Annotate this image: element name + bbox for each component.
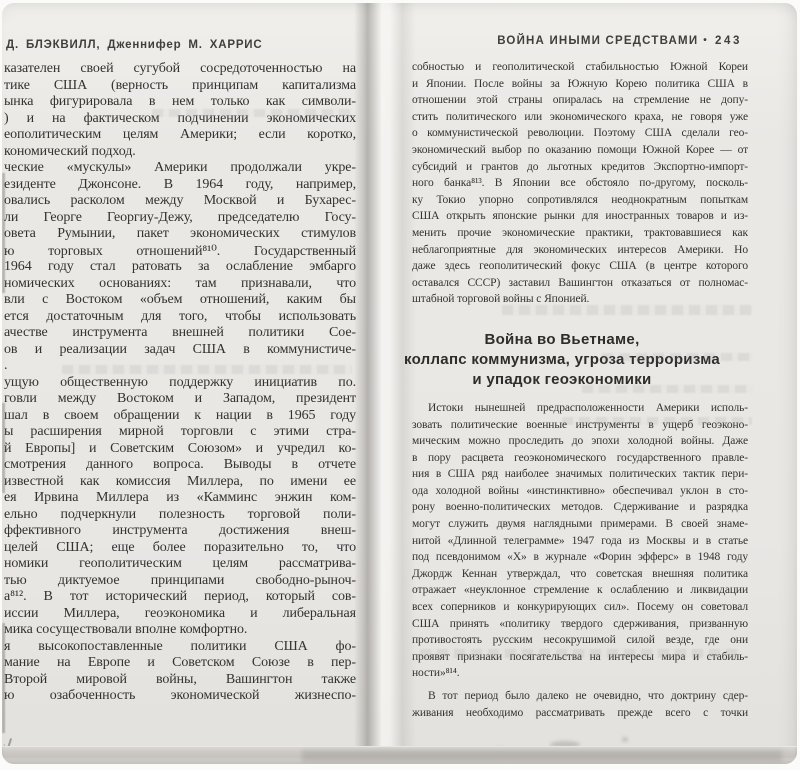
page-stack-fore-edge: [2, 746, 797, 764]
fore-edge-shading: [302, 750, 782, 762]
bleed-through-artifact: [582, 385, 752, 393]
text-line: шал в своем обращении к нации в 1965 год…: [4, 408, 356, 425]
text-line: езиденте Джонсоне. В 1964 году, например…: [4, 177, 356, 194]
text-line: кономический подход.: [4, 144, 356, 161]
text-line: номических основаниях: там признавали, ч…: [4, 276, 356, 293]
text-line: тике США (верность принципам капитализма: [4, 78, 356, 95]
photo-edge-sliver: [2, 173, 5, 293]
bullet-separator: •: [703, 35, 708, 46]
text-line: неблагоприятные для экономических интере…: [412, 244, 748, 261]
text-line: известной как комиссия Миллера, по имени…: [4, 474, 356, 491]
text-line: номики геополитическим целям рассматрива…: [4, 556, 356, 573]
text-line: США открыть японские рынки для иностранн…: [412, 210, 748, 227]
text-line: ельно подчеркнули полезность торговой по…: [4, 507, 356, 524]
section-heading-line: Война во Вьетнаме,: [372, 330, 752, 350]
text-line: субсидий и грантов до льготных кредитов …: [412, 161, 748, 178]
text-line: ю торговых отношений⁸¹⁰. Государственный: [4, 243, 356, 260]
text-line: ея Ирвина Миллера из «Камминс энжин ком-: [4, 490, 356, 507]
page-number: 243: [715, 35, 742, 47]
text-line: тью диктуемое принципами свободно-рыноч-: [4, 573, 356, 590]
text-line: овались расколом между Москвой и Бухарес…: [4, 193, 356, 210]
text-line: а⁸¹². В тот исторический период, который…: [4, 589, 356, 606]
photo-edge-sliver: [2, 403, 5, 493]
text-line: ного банка⁸¹³. В Японии все обстояло по-…: [412, 177, 748, 194]
right-page-paragraph-1: собностью и геополитической стабильность…: [412, 61, 748, 310]
text-line: стить политического или экономического к…: [412, 111, 748, 128]
right-running-head: ВОЙНА ИНЫМИ СРЕДСТВАМИ•243: [412, 35, 742, 47]
text-line: ности»⁸¹⁴.: [412, 667, 748, 684]
text-line: овета Румынии, пакет экономических стиму…: [4, 226, 356, 243]
text-line: рону военно-политических методов. Сдержи…: [412, 501, 748, 518]
text-line: могут служить двумя наглядными примерами…: [412, 518, 748, 535]
text-line: США принять «политику твердого сдерживан…: [412, 618, 748, 635]
text-line: менить прочие экономические практики, тр…: [412, 227, 748, 244]
book-photo: Д. БЛЭКВИЛЛ, Дженнифер М. ХАРРИС казател…: [0, 0, 800, 770]
right-page-paragraph-2: Истоки нынешней предрасположенности Амер…: [412, 402, 748, 684]
text-line: в пору расцвета геоэкономического госуда…: [412, 452, 748, 469]
left-running-head: Д. БЛЭКВИЛЛ, Дженнифер М. ХАРРИС: [6, 39, 262, 51]
text-line: нитой «Длинной телеграмме» 1947 года из …: [412, 535, 748, 552]
text-line: ческие «мускулы» Америки продолжали укре…: [4, 160, 356, 177]
text-line: я высокопоставленные политики США фо-: [4, 639, 356, 656]
text-line: мическим можно проследить до эпохи холод…: [412, 435, 748, 452]
text-line: даже здесь геополитический фокус США (в …: [412, 260, 748, 277]
text-line: еополитическим целям Америки; если корот…: [4, 127, 356, 144]
text-line: иссии Миллера, геоэкономика и либеральна…: [4, 606, 356, 623]
text-line: й Европы] и Советским Союзом» и учредил …: [4, 441, 356, 458]
text-line: отношении этой страны опиралась на стрем…: [412, 94, 748, 111]
text-line: ов и реализации задач США в коммунистиче…: [4, 342, 356, 359]
text-line: целей США; еще более поразительно то, чт…: [4, 540, 356, 557]
text-line: ли Георге Георгиу-Дежу, председателю Гос…: [4, 210, 356, 227]
text-line: 1964 году стал ратовать за ослабление эм…: [4, 259, 356, 276]
text-line: ю озабоченность экономической жизнеспо-: [4, 688, 356, 705]
text-line: ода холодной войны «инстинктивно» обеспе…: [412, 485, 748, 502]
text-line: собностью и геополитической стабильность…: [412, 61, 748, 78]
bleed-through-artifact: [502, 305, 752, 315]
text-line: мика сосуществовали вполне комфортно.: [4, 622, 356, 639]
text-line: под псевдонимом «Х» в журнале «Форин эфф…: [412, 551, 748, 568]
right-page-paragraph-3: В тот период было далеко не очевидно, чт…: [412, 690, 748, 723]
text-line: экономический выбор по оказанию помощи Ю…: [412, 144, 748, 161]
text-line: ачестве инструмента внешней политики Сое…: [4, 325, 356, 342]
text-line: говли между Востоком и Западом, президен…: [4, 391, 356, 408]
bleed-through-artifact: [62, 365, 352, 374]
text-line: ущую общественную поддержку инициатив по…: [4, 375, 356, 392]
text-line: о коммунистической революции. Поэтому СШ…: [412, 127, 748, 144]
book-spread: Д. БЛЭКВИЛЛ, Дженнифер М. ХАРРИС казател…: [2, 3, 797, 764]
text-line: смотрения данного вопроса. Выводы в отче…: [4, 457, 356, 474]
text-line: Истоки нынешней предрасположенности Амер…: [412, 402, 748, 419]
photo-edge-sliver: [2, 623, 5, 733]
text-line: всех соперников и конкурирующих сил». По…: [412, 601, 748, 618]
bleed-through-artifact: [420, 649, 740, 658]
text-line: ы расширения мирной торговли с этими стр…: [4, 424, 356, 441]
bleed-through-artifact: [602, 353, 752, 361]
text-line: ется достаточным для того, чтобы использ…: [4, 309, 356, 326]
text-line: оставался СССР) заставил Вашингтон отказ…: [412, 277, 748, 294]
right-running-head-title: ВОЙНА ИНЫМИ СРЕДСТВАМИ: [497, 35, 698, 47]
text-line: вли с Востоком «объем отношений, каким б…: [4, 292, 356, 309]
text-line: ку Токио упорно сопротивлялся неоднократ…: [412, 194, 748, 211]
left-page-text: казателен своей сугубой сосредоточенност…: [4, 61, 356, 705]
text-line: ния в США ряд наиболее значимых политиче…: [412, 468, 748, 485]
bleed-through-artifact: [152, 109, 352, 117]
text-line: казателен своей сугубой сосредоточенност…: [4, 61, 356, 78]
text-line: живания необходимо рассматривать прежде …: [412, 707, 748, 724]
text-line: и Японии. После войны за Южную Корею пол…: [412, 78, 748, 95]
text-line: Второй мировой войны, Вашингтон также: [4, 672, 356, 689]
bleed-through-artifact: [562, 417, 752, 425]
text-line: отражает «неуклонное стремление к ослабл…: [412, 584, 748, 601]
text-line: Джордж Кеннан утверждал, что советская в…: [412, 568, 748, 585]
text-line: ффективного инструмента достижения внеш-: [4, 523, 356, 540]
text-line: В тот период было далеко не очевидно, чт…: [412, 690, 748, 707]
text-line: мание на Европе и Советском Союзе в пер-: [4, 655, 356, 672]
smudge-artifact: [622, 737, 628, 742]
